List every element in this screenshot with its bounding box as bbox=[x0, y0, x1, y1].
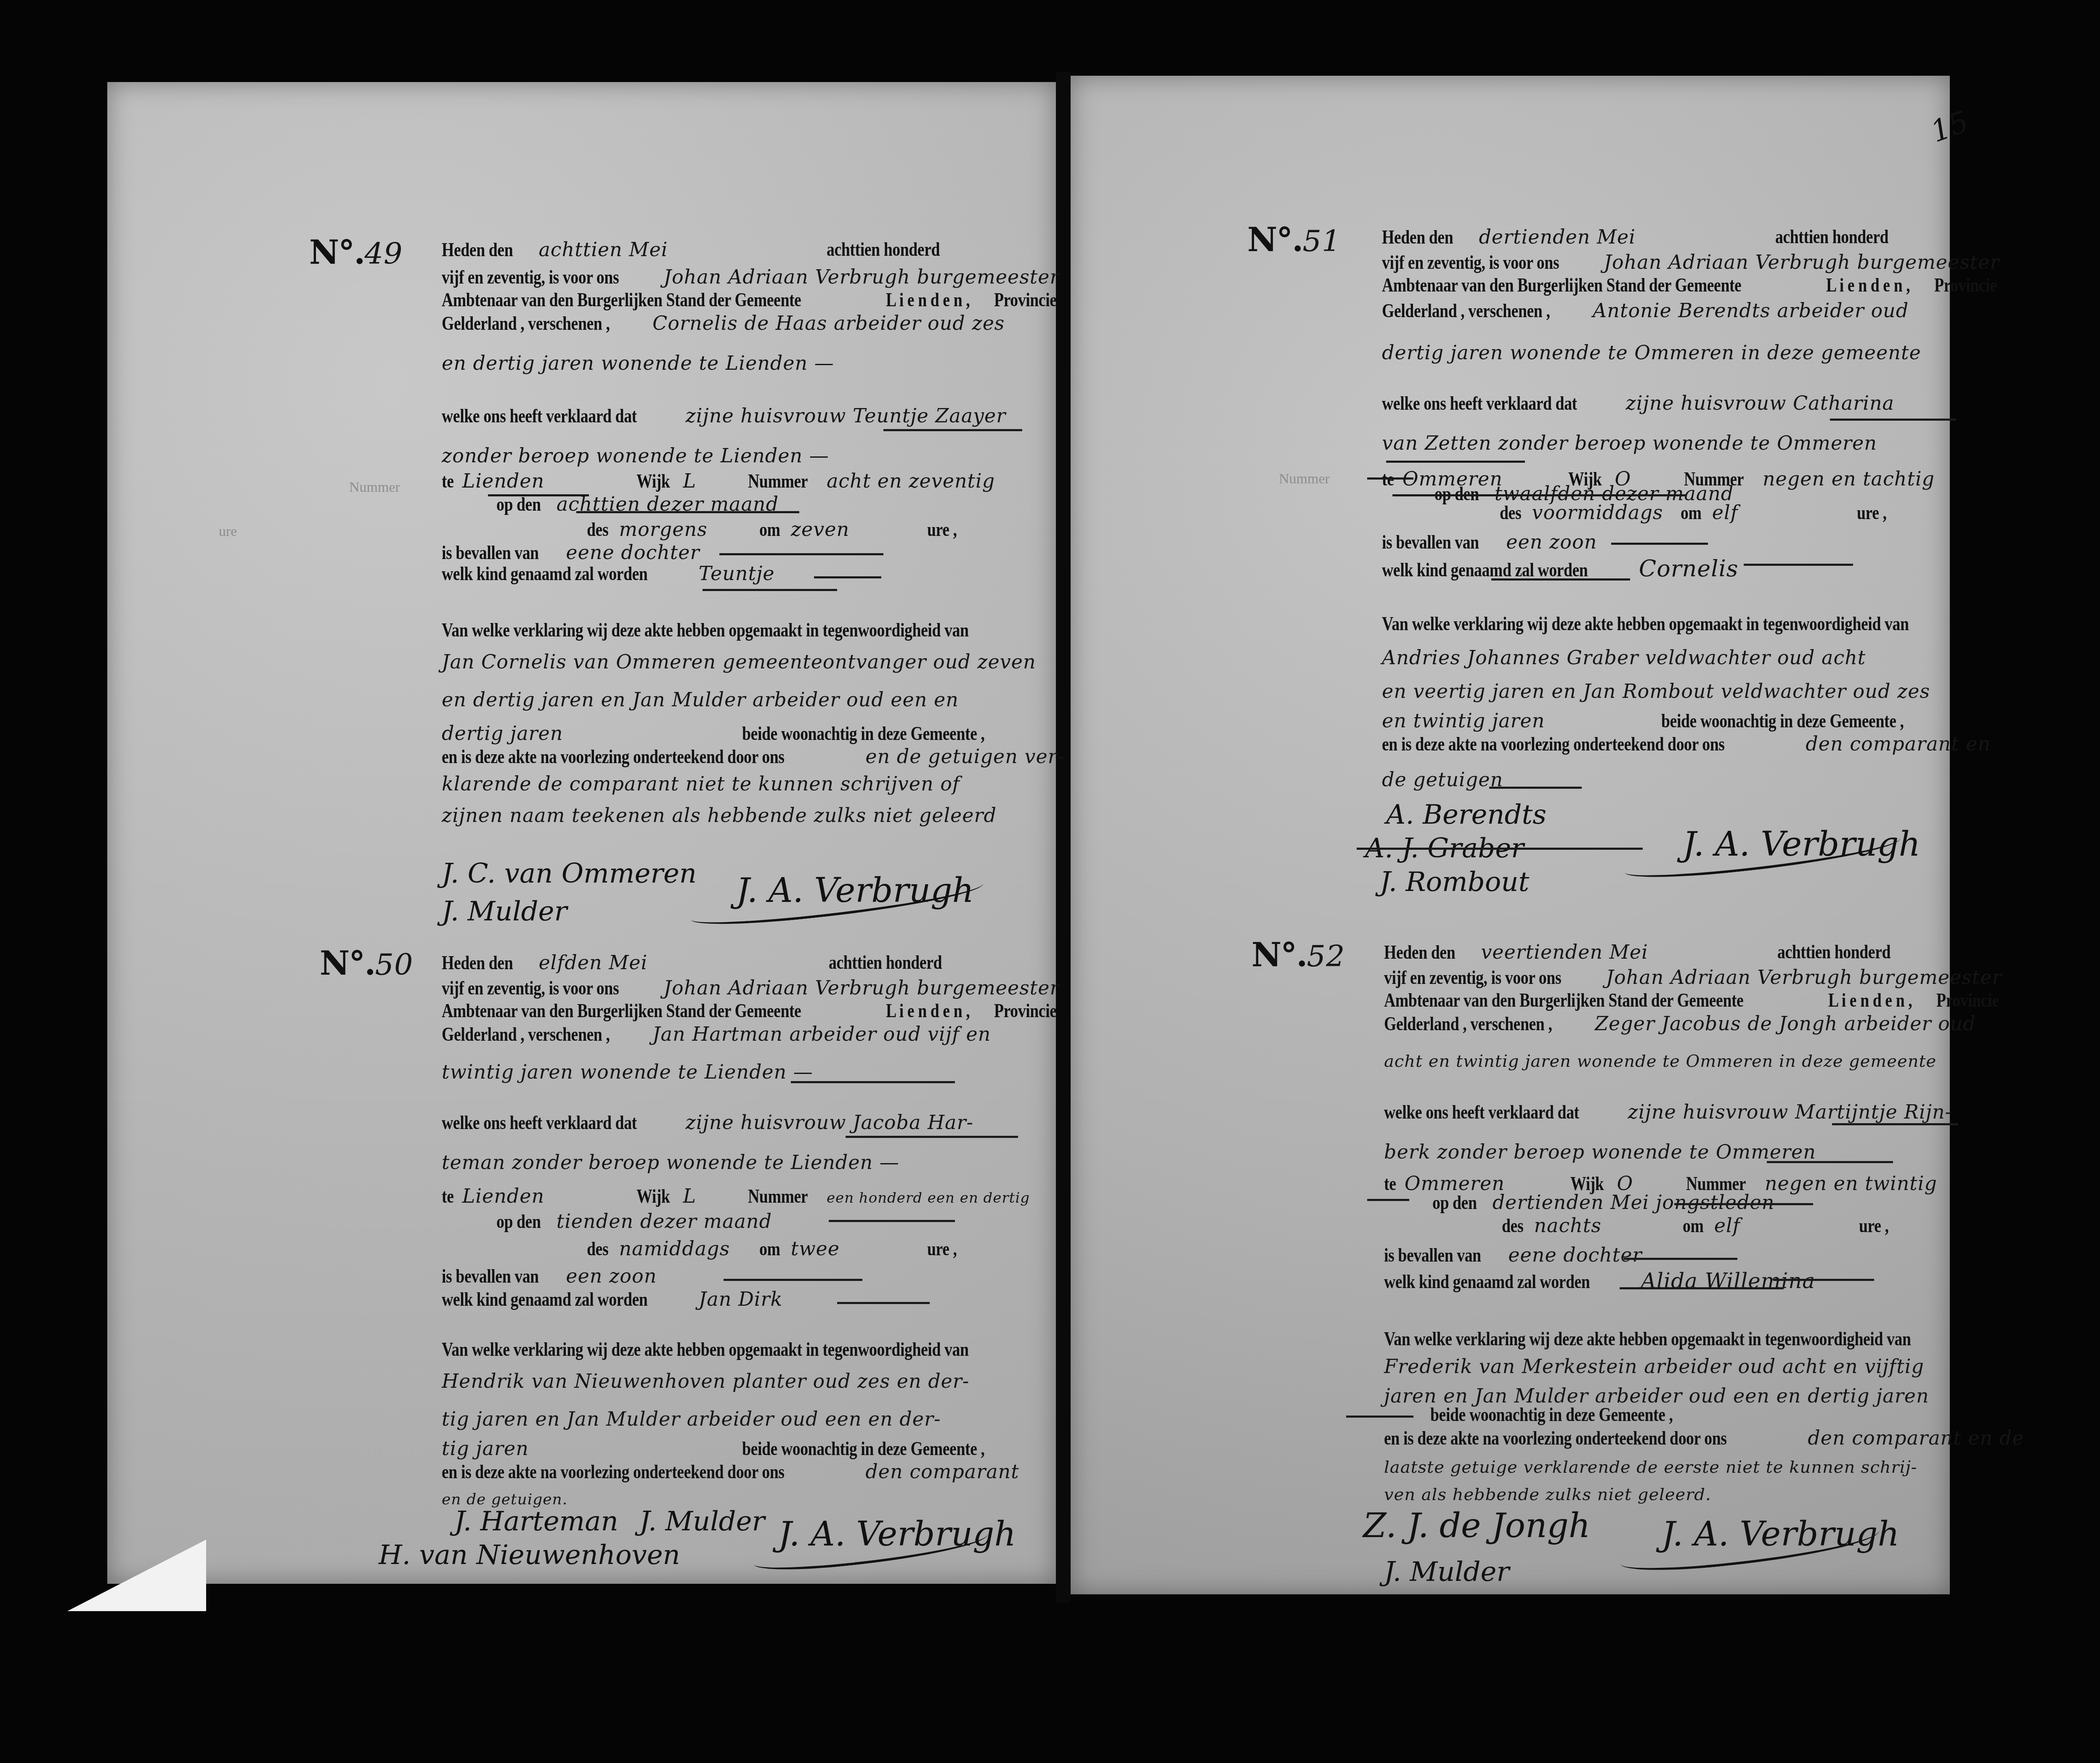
signature-declarant: J. Harteman bbox=[454, 1506, 618, 1537]
entry-number: N°.49 bbox=[309, 233, 403, 272]
bleedthrough-text: Nummer bbox=[349, 480, 400, 496]
bleedthrough-text: ure bbox=[219, 524, 237, 540]
signature-witness: J. Mulder bbox=[1384, 1556, 1509, 1588]
entry-number: N°.52 bbox=[1252, 936, 1345, 974]
entry-number: N°.51 bbox=[1247, 221, 1341, 259]
signature-witness-2: J. Mulder bbox=[442, 896, 567, 927]
signature-witness-1: J. C. van Ommeren bbox=[442, 858, 697, 889]
signature-declarant: A. Berendts bbox=[1386, 799, 1546, 830]
entry-number: N°.50 bbox=[320, 944, 414, 983]
signature-witness-2: J. Mulder bbox=[639, 1506, 765, 1537]
row-date: Heden den achttien Mei bbox=[442, 240, 668, 260]
signature-declarant: Z. J. de Jongh bbox=[1363, 1506, 1590, 1545]
bleedthrough-text: Nummer bbox=[1279, 471, 1330, 487]
torn-paper-corner bbox=[67, 1540, 206, 1611]
signature-witness-1: H. van Nieuwenhoven bbox=[379, 1540, 680, 1571]
signature-witness-2: J. Rombout bbox=[1380, 867, 1529, 898]
